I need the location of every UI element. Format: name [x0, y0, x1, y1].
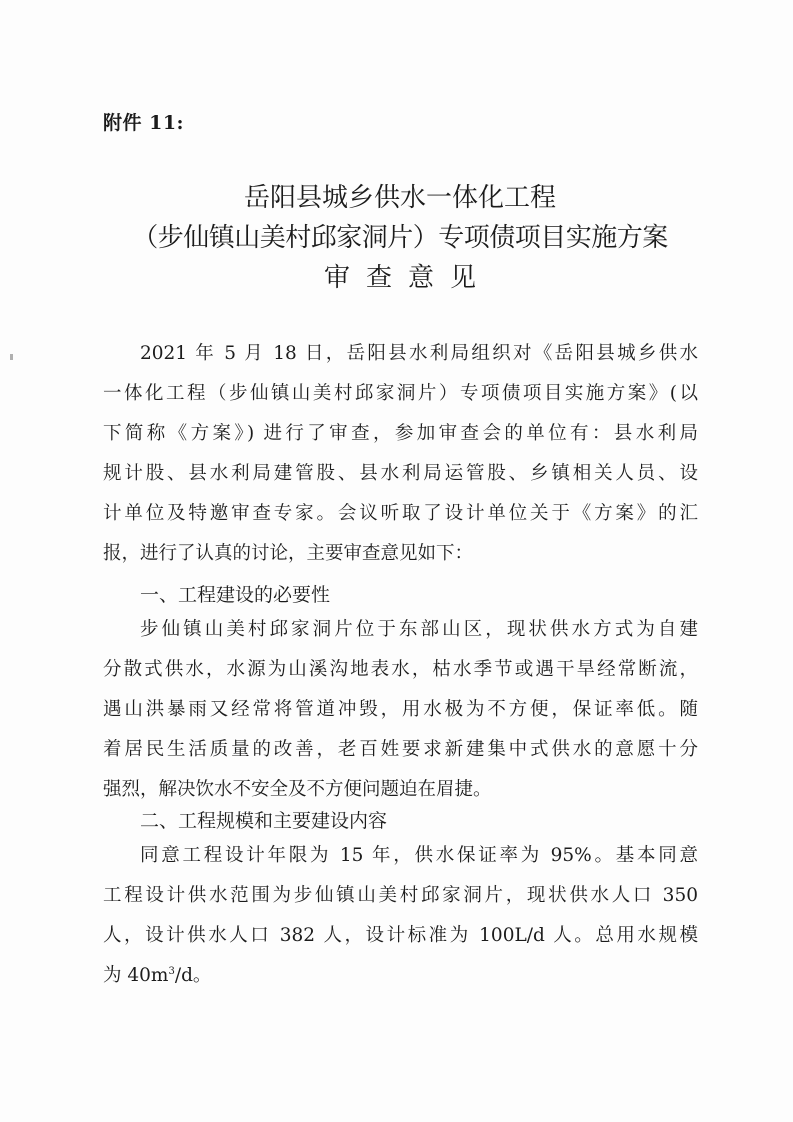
paragraph-line: 一体化工程（步仙镇山美村邱家洞片）专项债项目实施方案》(以 [103, 374, 698, 414]
paragraph-line: 遇山洪暴雨又经常将管道冲毁，用水极为不方便，保证率低。随 [103, 690, 698, 730]
paragraph-line: 分散式供水，水源为山溪沟地表水，枯水季节或遇干旱经常断流， [103, 650, 698, 690]
title-line-1: 岳阳县城乡供水一体化工程 [90, 178, 710, 218]
document-page: 附件 11: 岳阳县城乡供水一体化工程 （步仙镇山美村邱家洞片）专项债项目实施方… [0, 0, 793, 1122]
paragraph-line-last: 为 40m3/d。 [103, 956, 698, 996]
paragraph-line: 规计股、县水利局建管股、县水利局运管股、乡镇相关人员、设 [103, 454, 698, 494]
title-line-2: （步仙镇山美村邱家洞片）专项债项目实施方案 [90, 218, 710, 258]
attachment-label: 附件 11: [103, 108, 184, 135]
paragraph-line: 工程设计供水范围为步仙镇山美村邱家洞片，现状供水人口 350 [103, 876, 698, 916]
title-line-3: 审查意见 [90, 258, 710, 298]
intro-paragraph: 2021 年 5 月 18 日，岳阳县水利局组织对《岳阳县城乡供水 一体化工程（… [103, 334, 698, 574]
document-title: 岳阳县城乡供水一体化工程 （步仙镇山美村邱家洞片）专项债项目实施方案 审查意见 [90, 178, 710, 298]
section-heading-necessity: 一、工程建设的必要性 [140, 580, 330, 607]
section-necessity-paragraph: 步仙镇山美村邱家洞片位于东部山区，现状供水方式为自建 分散式供水，水源为山溪沟地… [103, 610, 698, 810]
paragraph-line: 同意工程设计年限为 15 年，供水保证率为 95%。基本同意 [103, 836, 698, 876]
scan-margin-mark [10, 354, 13, 360]
paragraph-line: 报，进行了认真的讨论，主要审查意见如下： [103, 534, 698, 574]
section-heading-scale: 二、工程规模和主要建设内容 [140, 806, 387, 833]
paragraph-line: 强烈，解决饮水不安全及不方便问题迫在眉捷。 [103, 770, 698, 810]
paragraph-line: 计单位及特邀审查专家。会议听取了设计单位关于《方案》的汇 [103, 494, 698, 534]
text-fragment: /d。 [175, 965, 212, 986]
paragraph-line: 人，设计供水人口 382 人，设计标准为 100L/d 人。总用水规模 [103, 916, 698, 956]
text-fragment: 为 40m [103, 965, 168, 986]
paragraph-line: 着居民生活质量的改善，老百姓要求新建集中式供水的意愿十分 [103, 730, 698, 770]
section-scale-paragraph: 同意工程设计年限为 15 年，供水保证率为 95%。基本同意 工程设计供水范围为… [103, 836, 698, 996]
paragraph-line: 步仙镇山美村邱家洞片位于东部山区，现状供水方式为自建 [103, 610, 698, 650]
paragraph-line: 下简称《方案》) 进行了审查，参加审查会的单位有：县水利局 [103, 414, 698, 454]
paragraph-line: 2021 年 5 月 18 日，岳阳县水利局组织对《岳阳县城乡供水 [103, 334, 698, 374]
